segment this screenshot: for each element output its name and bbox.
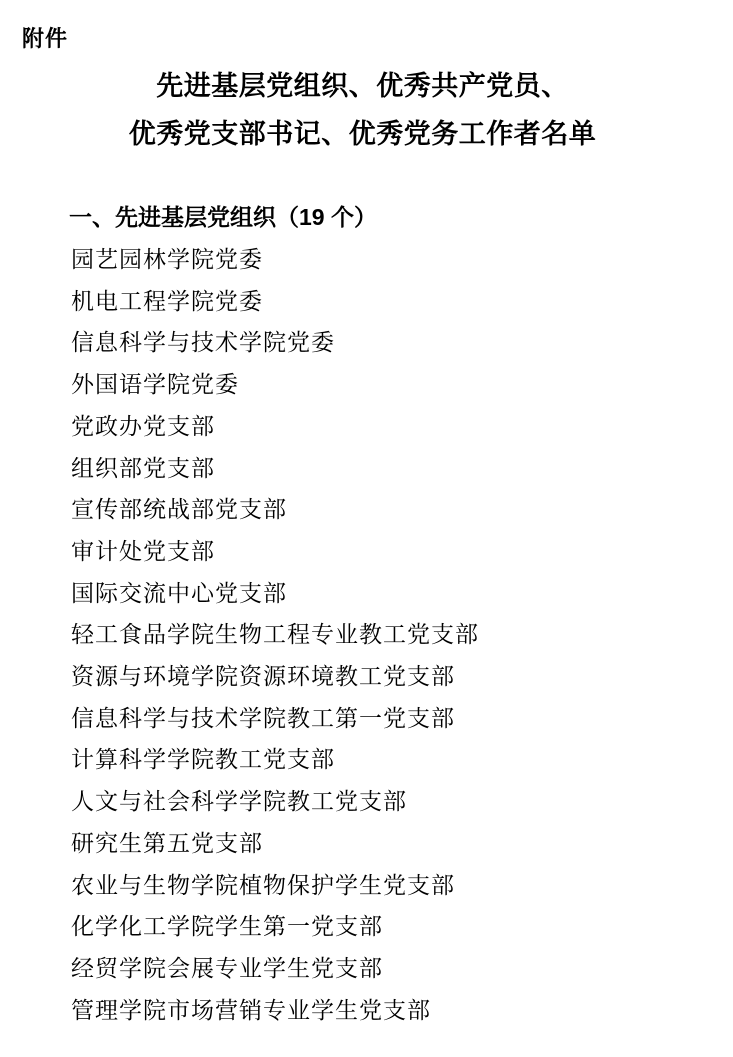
document-title-line1: 先进基层党组织、优秀共产党员、 xyxy=(0,62,725,110)
org-list-item: 管理学院市场营销专业学生党支部 xyxy=(71,990,479,1032)
document-title-line2: 优秀党支部书记、优秀党务工作者名单 xyxy=(0,110,725,158)
org-list-item: 化学化工学院学生第一党支部 xyxy=(71,906,479,948)
org-list-item: 计算科学学院教工党支部 xyxy=(71,739,479,781)
org-list-item: 宣传部统战部党支部 xyxy=(71,489,479,531)
org-list-item: 党政办党支部 xyxy=(71,406,479,448)
org-list-item: 信息科学与技术学院教工第一党支部 xyxy=(71,698,479,740)
org-list-item: 资源与环境学院资源环境教工党支部 xyxy=(71,656,479,698)
org-list-item: 轻工食品学院生物工程专业教工党支部 xyxy=(71,614,479,656)
org-list-item: 机电工程学院党委 xyxy=(71,281,479,323)
org-list-item: 经贸学院会展专业学生党支部 xyxy=(71,948,479,990)
org-list-item: 园艺园林学院党委 xyxy=(71,239,479,281)
org-list-item: 研究生第五党支部 xyxy=(71,823,479,865)
org-list-item: 人文与社会科学学院教工党支部 xyxy=(71,781,479,823)
org-list-item: 农业与生物学院植物保护学生党支部 xyxy=(71,865,479,907)
document-title: 先进基层党组织、优秀共产党员、 优秀党支部书记、优秀党务工作者名单 xyxy=(0,62,725,158)
section-heading: 一、先进基层党组织（19 个） xyxy=(69,203,377,232)
org-list-item: 信息科学与技术学院党委 xyxy=(71,322,479,364)
attachment-label: 附件 xyxy=(22,25,68,52)
org-list-item: 组织部党支部 xyxy=(71,448,479,490)
org-list-item: 外国语学院党委 xyxy=(71,364,479,406)
org-list-item: 国际交流中心党支部 xyxy=(71,573,479,615)
org-list-item: 审计处党支部 xyxy=(71,531,479,573)
org-list: 园艺园林学院党委 机电工程学院党委 信息科学与技术学院党委 外国语学院党委 党政… xyxy=(71,239,479,1031)
document-page: 附件 先进基层党组织、优秀共产党员、 优秀党支部书记、优秀党务工作者名单 一、先… xyxy=(0,0,733,1057)
